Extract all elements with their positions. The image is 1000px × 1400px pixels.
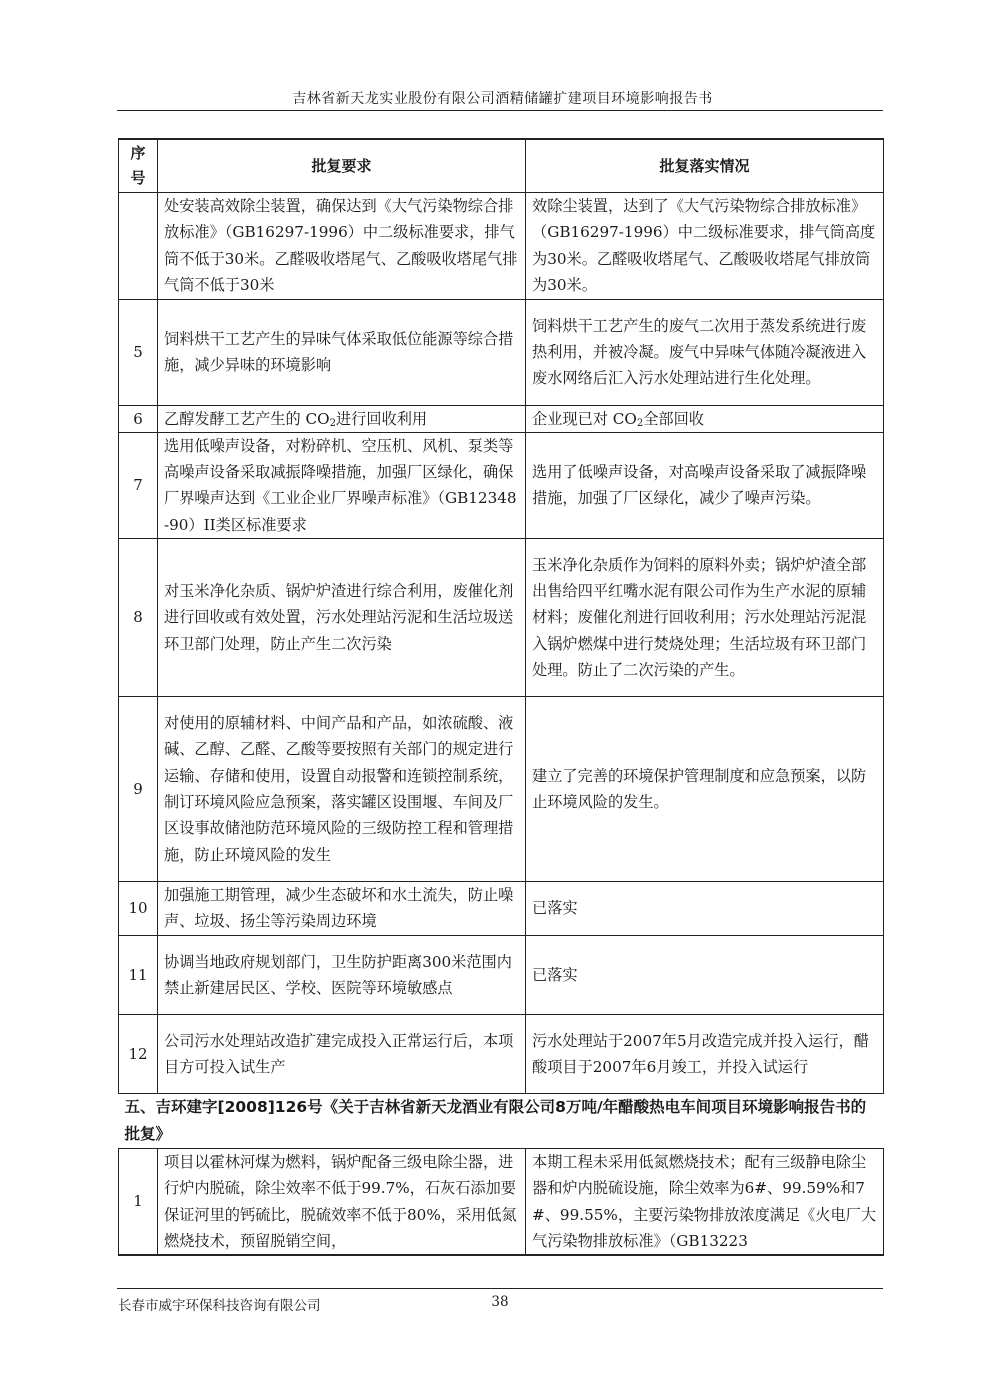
table-row: 1 项目以霍林河煤为燃料，锅炉配备三级电除尘器，进行炉内脱硫，除尘效率不低于99…: [119, 1148, 884, 1255]
requirement-cell: 选用低噪声设备，对粉碎机、空压机、风机、泵类等高噪声设备采取减振降噪措施，加强厂…: [158, 432, 526, 538]
table-row: 9 对使用的原辅材料、中间产品和产品，如浓硫酸、液碱、乙醇、乙醛、乙酸等要按照有…: [119, 696, 884, 881]
requirement-cell: 协调当地政府规划部门，卫生防护距离300米范围内禁止新建居民区、学校、医院等环境…: [158, 935, 526, 1014]
requirement-cell: 饲料烘干工艺产生的异味气体采取低位能源等综合措施，减少异味的环境影响: [158, 299, 526, 405]
approval-table: 序 号 批复要求 批复落实情况 处安装高效除尘装置，确保达到《大气污染物综合排放…: [118, 138, 884, 1256]
row-num: [119, 192, 158, 299]
requirement-cell: 乙醇发酵工艺产生的 CO2进行回收利用: [158, 405, 526, 432]
implementation-cell: 玉米净化杂质作为饲料的原料外卖；锅炉炉渣全部出售给四平红嘴水泥有限公司作为生产水…: [526, 538, 884, 696]
row-num: 9: [119, 696, 158, 881]
footer-company: 长春市威宇环保科技咨询有限公司: [118, 1294, 321, 1314]
requirement-cell: 公司污水处理站改造扩建完成投入正常运行后，本项目方可投入试生产: [158, 1014, 526, 1093]
table-row: 10 加强施工期管理，减少生态破坏和水土流失，防止噪声、垃圾、扬尘等污染周边环境…: [119, 881, 884, 935]
requirement-cell: 加强施工期管理，减少生态破坏和水土流失，防止噪声、垃圾、扬尘等污染周边环境: [158, 881, 526, 935]
table-row: 12 公司污水处理站改造扩建完成投入正常运行后，本项目方可投入试生产 污水处理站…: [119, 1014, 884, 1093]
implementation-cell: 本期工程未采用低氮燃烧技术；配有三级静电除尘器和炉内脱硫设施，除尘效率为6#、9…: [526, 1148, 884, 1255]
implementation-cell: 已落实: [526, 935, 884, 1014]
row-num: 12: [119, 1014, 158, 1093]
row-num: 6: [119, 405, 158, 432]
table-header-row: 序 号 批复要求 批复落实情况: [119, 139, 884, 192]
implementation-cell: 选用了低噪声设备，对高噪声设备采取了减振降噪措施，加强了厂区绿化，减少了噪声污染…: [526, 432, 884, 538]
implementation-cell: 建立了完善的环境保护管理制度和应急预案，以防止环境风险的发生。: [526, 696, 884, 881]
header-num: 序 号: [119, 139, 158, 192]
header-requirement: 批复要求: [158, 139, 526, 192]
row-num: 7: [119, 432, 158, 538]
row-num: 8: [119, 538, 158, 696]
section-header-row: 五、吉环建字[2008]126号《关于吉林省新天龙酒业有限公司8万吨/年醋酸热电…: [119, 1093, 884, 1148]
table-row: 11 协调当地政府规划部门，卫生防护距离300米范围内禁止新建居民区、学校、医院…: [119, 935, 884, 1014]
row-num: 10: [119, 881, 158, 935]
implementation-cell: 企业现已对 CO2全部回收: [526, 405, 884, 432]
table-row: 6 乙醇发酵工艺产生的 CO2进行回收利用 企业现已对 CO2全部回收: [119, 405, 884, 432]
table-row: 处安装高效除尘装置，确保达到《大气污染物综合排放标准》（GB16297-1996…: [119, 192, 884, 299]
implementation-cell: 已落实: [526, 881, 884, 935]
table-row: 8 对玉米净化杂质、锅炉炉渣进行综合利用，废催化剂进行回收或有效处置，污水处理站…: [119, 538, 884, 696]
section-title: 五、吉环建字[2008]126号《关于吉林省新天龙酒业有限公司8万吨/年醋酸热电…: [119, 1093, 884, 1148]
page-number: 38: [350, 1294, 650, 1310]
implementation-cell: 饲料烘干工艺产生的废气二次用于蒸发系统进行废热利用，并被冷凝。废气中异味气体随冷…: [526, 299, 884, 405]
requirement-cell: 处安装高效除尘装置，确保达到《大气污染物综合排放标准》（GB16297-1996…: [158, 192, 526, 299]
footer-divider: [117, 1288, 883, 1289]
requirement-cell: 对使用的原辅材料、中间产品和产品，如浓硫酸、液碱、乙醇、乙醛、乙酸等要按照有关部…: [158, 696, 526, 881]
row-num: 11: [119, 935, 158, 1014]
row-num: 5: [119, 299, 158, 405]
implementation-cell: 污水处理站于2007年5月改造完成并投入运行，醋酸项目于2007年6月竣工，并投…: [526, 1014, 884, 1093]
table-row: 5 饲料烘干工艺产生的异味气体采取低位能源等综合措施，减少异味的环境影响 饲料烘…: [119, 299, 884, 405]
requirement-cell: 对玉米净化杂质、锅炉炉渣进行综合利用，废催化剂进行回收或有效处置，污水处理站污泥…: [158, 538, 526, 696]
implementation-cell: 效除尘装置，达到了《大气污染物综合排放标准》（GB16297-1996）中二级标…: [526, 192, 884, 299]
header-implementation: 批复落实情况: [526, 139, 884, 192]
header-divider: [117, 110, 883, 111]
requirement-cell: 项目以霍林河煤为燃料，锅炉配备三级电除尘器，进行炉内脱硫，除尘效率不低于99.7…: [158, 1148, 526, 1255]
row-num: 1: [119, 1148, 158, 1255]
table-row: 7 选用低噪声设备，对粉碎机、空压机、风机、泵类等高噪声设备采取减振降噪措施，加…: [119, 432, 884, 538]
page-header: 吉林省新天龙实业股份有限公司酒精储罐扩建项目环境影响报告书: [125, 88, 880, 108]
